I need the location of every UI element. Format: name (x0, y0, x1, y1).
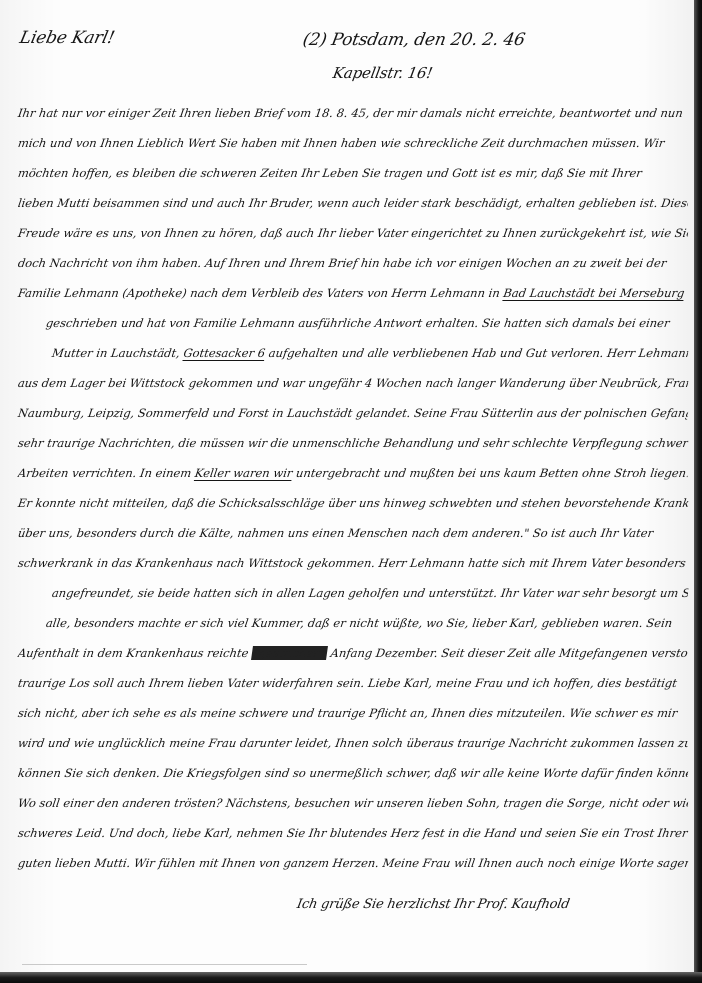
scanner-edge-bottom (0, 972, 702, 983)
letter-line: Aufenthalt in dem Krankenhaus reichte [g… (16, 638, 690, 668)
letter-line: Arbeiten verrichten. In einem Keller war… (16, 458, 690, 488)
letter-line: Ihr hat nur vor einiger Zeit Ihren liebe… (16, 98, 690, 128)
letter-line: können Sie sich denken. Die Kriegsfolgen… (16, 758, 690, 788)
scanner-edge-right (694, 0, 702, 983)
letter-line: aus dem Lager bei Wittstock gekommen und… (16, 368, 690, 398)
letter-line: angefreundet, sie beide hatten sich in a… (16, 578, 690, 608)
scan-artifact-line (22, 964, 307, 965)
letter-line: traurige Los soll auch Ihrem lieben Vate… (16, 668, 690, 698)
letter-line: sich nicht, aber ich sehe es als meine s… (16, 698, 690, 728)
letter-line: Wo soll einer den anderen trösten? Nächs… (16, 788, 690, 818)
letter-line: Familie Lehmann (Apotheke) nach dem Verb… (16, 278, 690, 308)
letter-page: Liebe Karl! (2) Potsdam, den 20. 2. 46 K… (0, 0, 694, 972)
letter-line: wird und wie unglücklich meine Frau daru… (16, 728, 690, 758)
letter-line: lieben Mutti beisammen sind und auch Ihr… (16, 188, 690, 218)
letter-line: über uns, besonders durch die Kälte, nah… (16, 518, 690, 548)
letter-street-address: Kapellstr. 16! (331, 64, 434, 82)
letter-line: doch Nachricht von ihm haben. Auf Ihren … (16, 248, 690, 278)
letter-line: Mutter in Lauchstädt, Gottesacker 6 aufg… (16, 338, 690, 368)
letter-greeting: Liebe Karl! (18, 28, 116, 48)
letter-line: mich und von Ihnen Lieblich Wert Sie hab… (16, 128, 690, 158)
letter-closing-signature: Ich grüße Sie herzlichst Ihr Prof. Kaufh… (296, 897, 571, 912)
letter-line: sehr traurige Nachrichten, die müssen wi… (16, 428, 690, 458)
letter-line: Er konnte nicht mitteilen, daß die Schic… (16, 488, 690, 518)
letter-line: geschrieben und hat von Familie Lehmann … (16, 308, 690, 338)
letter-line: guten lieben Mutti. Wir fühlen mit Ihnen… (16, 848, 690, 878)
letter-line: möchten hoffen, es bleiben die schweren … (16, 158, 690, 188)
letter-line: Freude wäre es uns, von Ihnen zu hören, … (16, 218, 690, 248)
letter-line: schweres Leid. Und doch, liebe Karl, neh… (16, 818, 690, 848)
letter-line: Naumburg, Leipzig, Sommerfeld und Forst … (16, 398, 690, 428)
letter-body: Ihr hat nur vor einiger Zeit Ihren liebe… (18, 98, 688, 878)
letter-place-date: (2) Potsdam, den 20. 2. 46 (301, 30, 526, 50)
letter-line: schwerkrank in das Krankenhaus nach Witt… (16, 548, 690, 578)
letter-line: alle, besonders machte er sich viel Kumm… (16, 608, 690, 638)
